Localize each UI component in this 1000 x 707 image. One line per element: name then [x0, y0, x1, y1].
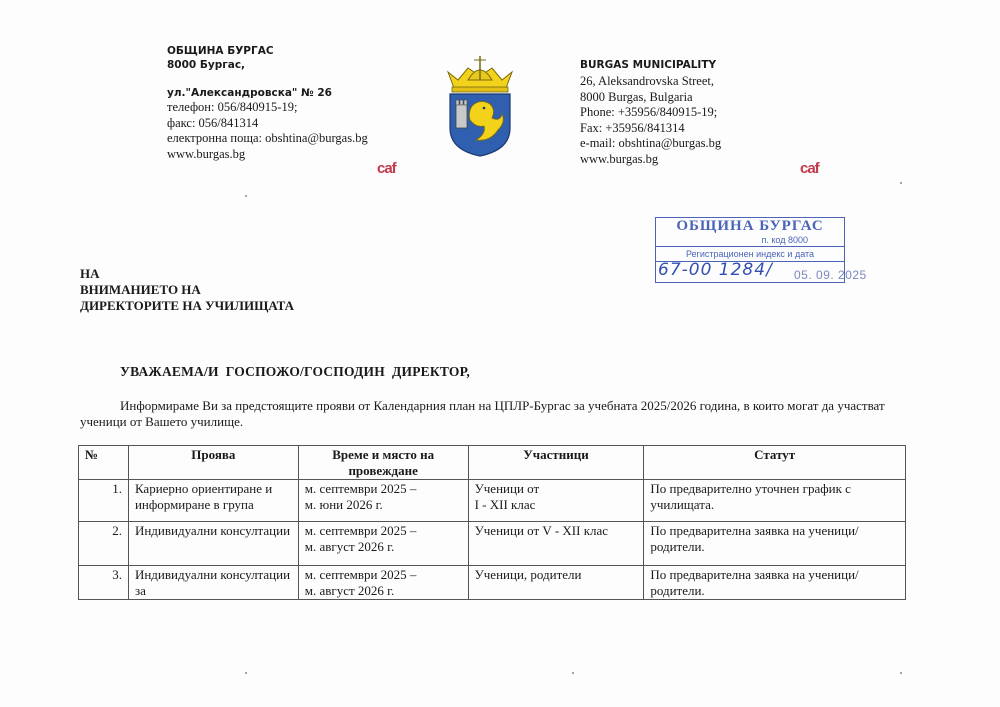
addressee-line: ВНИМАНИЕТО НА	[80, 282, 294, 298]
row-participants-line: Ученици от	[475, 481, 638, 497]
scan-speck	[245, 195, 247, 197]
fax-bg: факс: 056/841314	[167, 116, 368, 132]
table-row: 1. Кариерно ориентиране и информиране в …	[79, 480, 906, 522]
intro-paragraph: Информираме Ви за предстоящите прояви от…	[80, 398, 920, 430]
row-number: 2.	[79, 522, 129, 566]
row-time-end: м. август 2026 г.	[305, 583, 462, 599]
letterhead-bulgarian: ОБЩИНА БУРГАС 8000 Бургас, ул."Александр…	[167, 44, 368, 162]
row-time-start: м. септември 2025 –	[305, 481, 462, 497]
city-en: 8000 Burgas, Bulgaria	[580, 90, 721, 106]
org-name-en: BURGAS MUNICIPALITY	[580, 58, 721, 72]
street-en: 26, Aleksandrovska Street,	[580, 74, 721, 90]
scan-speck	[572, 672, 574, 674]
scan-speck	[245, 672, 247, 674]
row-time-end: м. юни 2026 г.	[305, 497, 462, 513]
col-header-number: №	[79, 446, 129, 480]
website-en: www.burgas.bg	[580, 152, 721, 168]
row-event: Индивидуални консултации	[128, 522, 298, 566]
col-header-participants: Участници	[468, 446, 644, 480]
phone-en: Phone: +35956/840915-19;	[580, 105, 721, 121]
row-number: 1.	[79, 480, 129, 522]
row-time-start: м. септември 2025 –	[305, 567, 462, 583]
addressee-line: ДИРЕКТОРИТЕ НА УЧИЛИЩАТА	[80, 298, 294, 314]
scan-speck	[900, 182, 902, 184]
stamp-postcode: п. код 8000	[656, 235, 844, 246]
table-row: 3. Индивидуални консултации за м. септем…	[79, 566, 906, 600]
caf-logo-icon: caf	[800, 160, 819, 177]
row-number: 3.	[79, 566, 129, 600]
events-table: № Проява Време и място на провеждане Уча…	[78, 445, 906, 600]
letterhead-english: BURGAS MUNICIPALITY 26, Aleksandrovska S…	[580, 58, 721, 167]
org-name-bg: ОБЩИНА БУРГАС	[167, 44, 368, 58]
row-status: По предварителна заявка на ученици/родит…	[644, 566, 906, 600]
table-row: 2. Индивидуални консултации м. септември…	[79, 522, 906, 566]
row-time: м. септември 2025 –м. август 2026 г.	[298, 566, 468, 600]
col-header-event: Проява	[128, 446, 298, 480]
stamp-reg-number: 67-00 1284/	[658, 260, 773, 280]
phone-bg: телефон: 056/840915-19;	[167, 100, 368, 116]
stamp-date: 05. 09. 2025	[794, 268, 867, 282]
burgas-coat-of-arms-icon	[440, 50, 520, 160]
city-bg: 8000 Бургас,	[167, 58, 368, 72]
row-time: м. септември 2025 –м. август 2026 г.	[298, 522, 468, 566]
row-participants-line: Ученици от V - XII клас	[475, 523, 638, 539]
stamp-title: ОБЩИНА БУРГАС	[656, 218, 844, 235]
row-event: Кариерно ориентиране и информиране в гру…	[128, 480, 298, 522]
row-time-start: м. септември 2025 –	[305, 523, 462, 539]
registration-stamp: ОБЩИНА БУРГАС п. код 8000 Регистрационен…	[655, 217, 845, 283]
row-time: м. септември 2025 –м. юни 2026 г.	[298, 480, 468, 522]
row-participants-line: Ученици, родители	[475, 567, 638, 583]
website-bg: www.burgas.bg	[167, 147, 368, 163]
row-status: По предварително уточнен график с училищ…	[644, 480, 906, 522]
table-header-row: № Проява Време и място на провеждане Уча…	[79, 446, 906, 480]
fax-en: Fax: +35956/841314	[580, 121, 721, 137]
email-bg: електронна поща: obshtina@burgas.bg	[167, 131, 368, 147]
scan-speck	[900, 672, 902, 674]
col-header-time-place: Време и място на провеждане	[298, 446, 468, 480]
row-participants: Ученици, родители	[468, 566, 644, 600]
email-en: e-mail: obshtina@burgas.bg	[580, 136, 721, 152]
row-participants: Ученици от V - XII клас	[468, 522, 644, 566]
row-participants: Ученици отI - XII клас	[468, 480, 644, 522]
salutation: УВАЖАЕМА/И ГОСПОЖО/ГОСПОДИН ДИРЕКТОР,	[120, 364, 470, 380]
addressee: НА ВНИМАНИЕТО НА ДИРЕКТОРИТЕ НА УЧИЛИЩАТ…	[80, 266, 294, 314]
caf-logo-icon: caf	[377, 160, 396, 177]
row-participants-line: I - XII клас	[475, 497, 638, 513]
col-header-status: Статут	[644, 446, 906, 480]
street-bg: ул."Александровска" № 26	[167, 86, 368, 100]
row-event: Индивидуални консултации за	[128, 566, 298, 600]
row-status: По предварителна заявка на ученици/родит…	[644, 522, 906, 566]
addressee-line: НА	[80, 266, 294, 282]
row-time-end: м. август 2026 г.	[305, 539, 462, 555]
